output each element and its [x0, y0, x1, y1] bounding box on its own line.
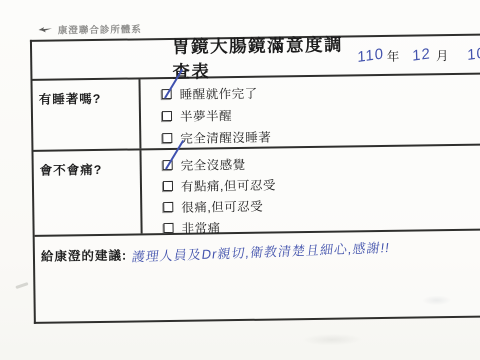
option-label: 半夢半醒 — [180, 106, 232, 125]
handwritten-suggestion-text: 護理人員及Dr親切,衛教清楚且細心,感謝!! — [130, 237, 390, 266]
checkbox-icon — [163, 222, 173, 232]
question-label-sleep: 有睡著嗎? — [32, 79, 141, 150]
option-label: 完全清醒沒睡著 — [180, 128, 271, 147]
suggestion-row: 給康澄的建議: 護理人員及Dr親切,衛教清楚且細心,感謝!! — [35, 231, 480, 326]
question-label-pain: 會不會痛? — [33, 150, 142, 234]
option-label: 睡醒就作完了 — [180, 84, 258, 103]
question-row-sleep: 有睡著嗎? 睡醒就作完了 半夢半醒 完全清醒沒睡著 — [32, 75, 480, 152]
option-extremely-painful: 非常痛 — [163, 213, 480, 239]
options-pain: 完全沒感覺 有點痛,但可忍受 很痛,但可忍受 非常痛 — [141, 146, 480, 234]
option-label: 非常痛 — [181, 218, 220, 237]
checkbox-icon — [163, 180, 173, 190]
scan-smudge — [15, 282, 28, 289]
option-label: 有點痛,但可忍受 — [181, 175, 276, 194]
form-title: 胃鏡大腸鏡滿意度調查表 — [172, 31, 351, 83]
handwritten-month-value: 12 — [412, 45, 431, 65]
checkbox-icon — [162, 111, 172, 121]
month-unit-label: 月 — [436, 46, 449, 64]
title-row: 胃鏡大腸鏡滿意度調查表 110 年 12 月 10 — [32, 36, 480, 81]
checkbox-icon — [163, 201, 173, 211]
handwritten-year-value: 110 — [357, 45, 384, 66]
checkbox-icon — [162, 133, 172, 143]
option-label: 完全沒感覺 — [181, 154, 246, 173]
year-unit-label: 年 — [387, 46, 400, 64]
suggestion-label: 給康澄的建議: — [41, 249, 127, 264]
bird-swoosh-icon — [38, 26, 53, 34]
handwritten-day-value: 10 — [467, 44, 480, 64]
option-fully-awake: 完全清醒沒睡著 — [162, 123, 480, 150]
clinic-name: 康澄聯合診所體系 — [58, 21, 142, 36]
option-label: 很痛,但可忍受 — [181, 196, 263, 215]
scan-smudge — [302, 333, 362, 346]
clinic-logo: 康澄聯合診所體系 — [38, 21, 142, 36]
options-sleep: 睡醒就作完了 半夢半醒 完全清醒沒睡著 — [140, 75, 480, 149]
scanned-survey-sheet: 康澄聯合診所體系 胃鏡大腸鏡滿意度調查表 110 年 12 月 10 有睡著嗎?… — [0, 0, 480, 360]
survey-form-table: 胃鏡大腸鏡滿意度調查表 110 年 12 月 10 有睡著嗎? 睡醒就作完了 半… — [30, 34, 480, 324]
question-row-pain: 會不會痛? 完全沒感覺 有點痛,但可忍受 很痛,但可忍受 — [33, 146, 480, 237]
